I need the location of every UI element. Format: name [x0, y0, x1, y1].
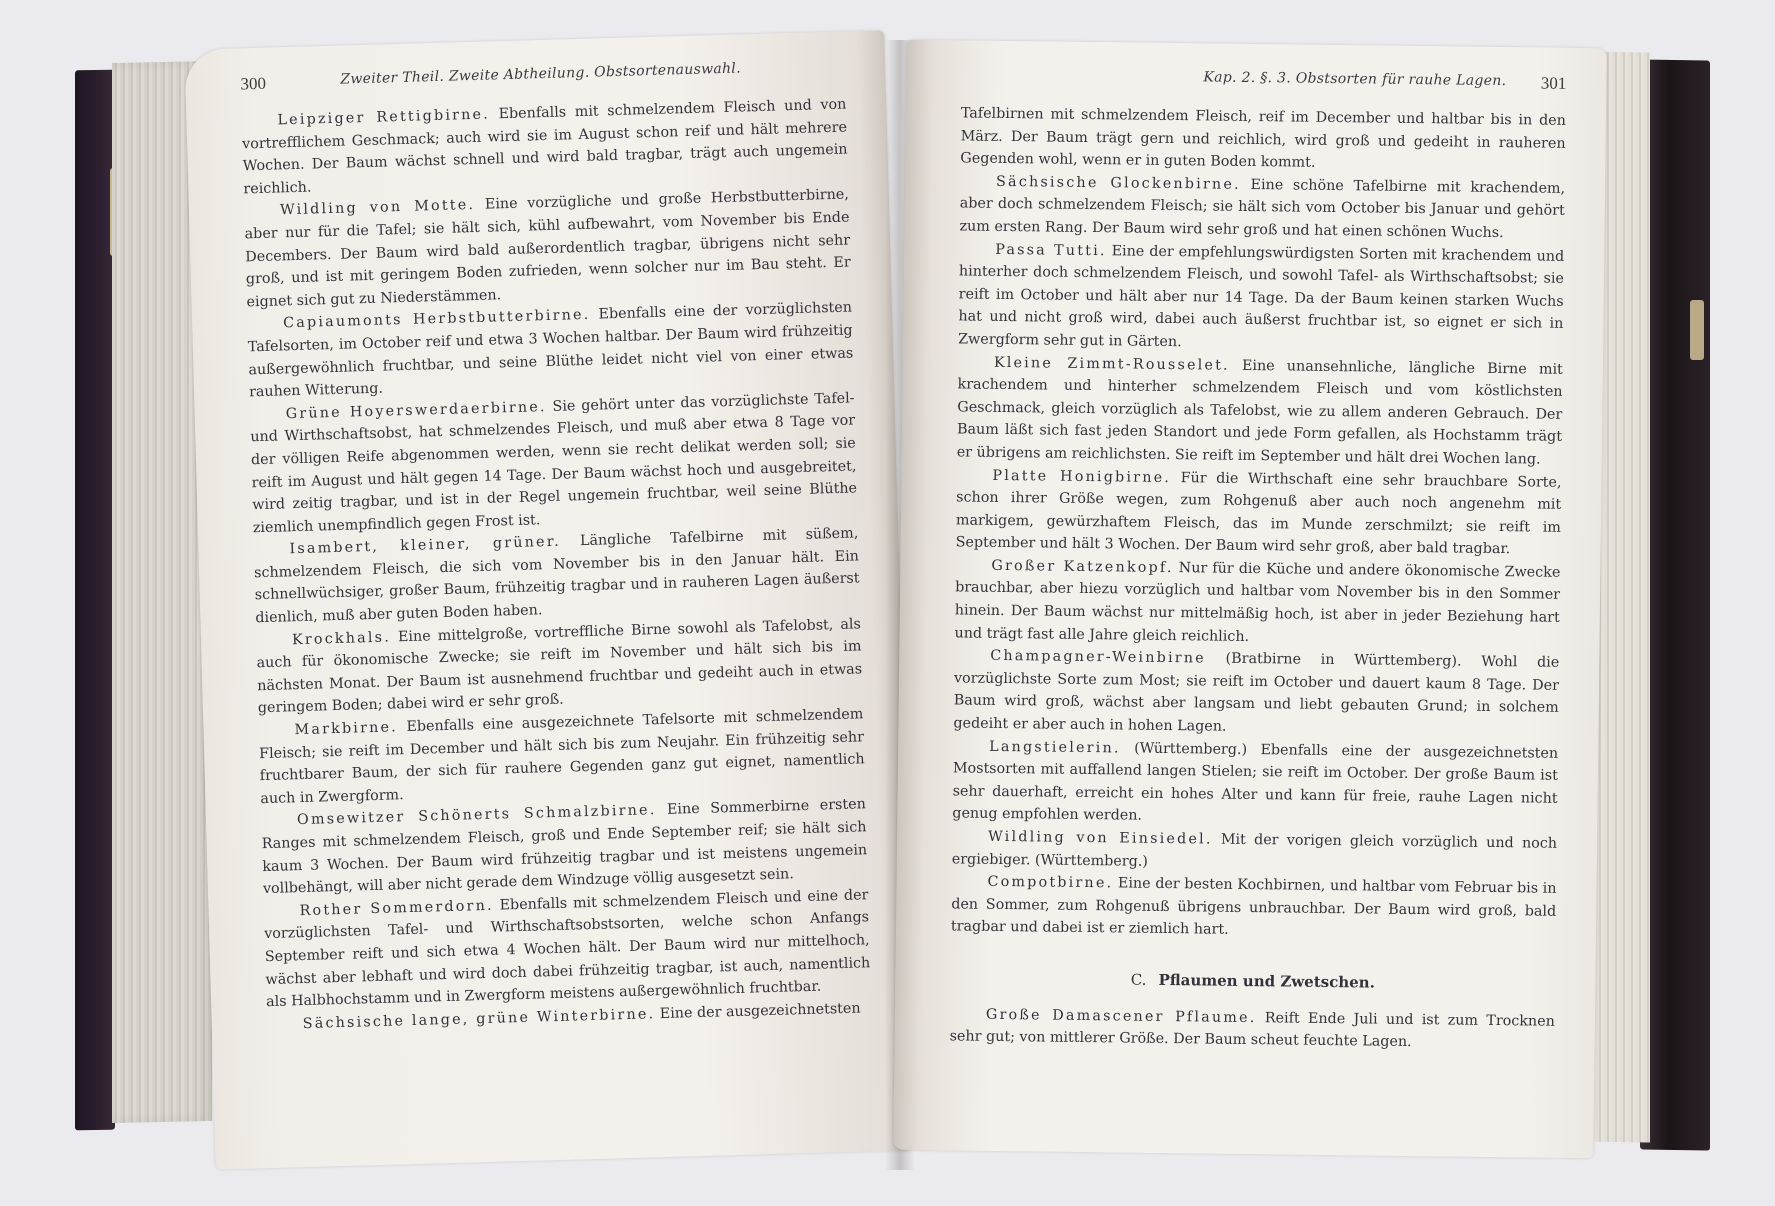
- entry: Platte Honigbirne. Für die Wirthschaft e…: [956, 464, 1562, 562]
- entry-name: Kleine Zimmt-Rousselet.: [994, 354, 1230, 373]
- entry-name: Krockhals.: [292, 629, 391, 648]
- entry: Sächsische Glockenbirne. Eine schöne Taf…: [959, 170, 1565, 245]
- page-header: Kap. 2. §. 3. Obstsorten für rauhe Lagen…: [961, 66, 1566, 103]
- entry-name: Markbirne.: [294, 719, 398, 738]
- entry: Passa Tutti. Eine der empfehlungswürdigs…: [958, 238, 1564, 358]
- spine-label-remnant-right: [1690, 300, 1704, 360]
- section-letter: C.: [1131, 971, 1147, 989]
- page-body: Leipziger Rettigbirne. Ebenfalls mit sch…: [241, 94, 872, 1037]
- entry: Große Damascener Pflaume. Reift Ende Jul…: [949, 1003, 1555, 1056]
- entry: Capiaumonts Herbstbutterbirne. Ebenfalls…: [247, 297, 854, 404]
- running-head: Kap. 2. §. 3. Obstsorten für rauhe Lagen…: [1203, 69, 1506, 89]
- entry-name: Compotbirne.: [987, 874, 1113, 892]
- book-cover-left: [75, 70, 115, 1131]
- entry-name: Sächsische Glockenbirne.: [996, 174, 1241, 193]
- entry-text: Eine der empfehlungswürdigsten Sorten mi…: [958, 243, 1564, 350]
- entry-name: Leipziger Rettigbirne.: [277, 106, 490, 128]
- entry: Großer Katzenkopf. Nur für die Küche und…: [954, 554, 1560, 652]
- right-page: Kap. 2. §. 3. Obstsorten für rauhe Lagen…: [893, 40, 1607, 1158]
- entry-name: Rother Sommerdorn.: [299, 897, 494, 918]
- entry-name: Platte Honigbirne.: [992, 467, 1171, 485]
- entry-name: Langstielerin.: [989, 738, 1121, 756]
- entry: Langstielerin. (Württemberg.) Ebenfalls …: [952, 735, 1558, 833]
- running-head: Zweiter Theil. Zweite Abtheilung. Obstso…: [340, 60, 741, 87]
- book-cover-right: [1640, 59, 1710, 1150]
- entry: Omsewitzer Schönerts Schmalzbirne. Eine …: [261, 794, 868, 901]
- entry-name: Capiaumonts Herbstbutterbirne.: [283, 307, 591, 332]
- page-number: 301: [1541, 74, 1567, 94]
- page-body: Tafelbirnen mit schmelzendem Fleisch, re…: [949, 102, 1566, 1055]
- entry: Markbirne. Ebenfalls eine ausgezeichnete…: [258, 703, 865, 810]
- entry-name: Champagner-Weinbirne: [990, 648, 1206, 667]
- entry: Compotbirne. Eine der besten Kochbirnen,…: [951, 871, 1557, 946]
- entry: Krockhals. Eine mittelgroße, vortrefflic…: [256, 613, 863, 720]
- entry: Rother Sommerdorn. Ebenfalls mit schmelz…: [263, 884, 871, 1014]
- entry-name: Passa Tutti.: [995, 241, 1107, 258]
- entry-name: Großer Katzenkopf.: [991, 558, 1173, 576]
- entry-name: Wildling von Einsiedel.: [988, 829, 1213, 848]
- entry: Grüne Hoyerswerdaerbirne. Sie gehört unt…: [249, 387, 858, 539]
- entry-text: Eine der ausgezeichnetsten: [660, 1000, 861, 1022]
- page-number: 300: [240, 74, 266, 95]
- entry: Isambert, kleiner, grüner. Längliche Taf…: [253, 523, 860, 630]
- entry-name: Isambert, kleiner, grüner.: [289, 534, 561, 558]
- entry: Leipziger Rettigbirne. Ebenfalls mit sch…: [241, 94, 848, 201]
- left-page: 300 Zweiter Theil. Zweite Abtheilung. Ob…: [185, 30, 916, 1169]
- entry: Champagner-Weinbirne (Bratbirne in Württ…: [953, 645, 1559, 743]
- entry-name: Wildling von Motte.: [280, 197, 476, 218]
- entry-text: Eine unansehnliche, längliche Birne mit …: [957, 357, 1563, 467]
- entry: Wildling von Motte. Eine vorzügliche und…: [244, 184, 852, 314]
- entry: Wildling von Einsiedel. Mit der vorigen …: [952, 825, 1558, 878]
- entry-name: Grüne Hoyerswerdaerbirne.: [285, 399, 546, 422]
- section-heading: C.Pflaumen und Zwetschen.: [950, 966, 1555, 996]
- continued-text: Tafelbirnen mit schmelzendem Fleisch, re…: [960, 102, 1566, 177]
- entry: Kleine Zimmt-Rousselet. Eine unansehnlic…: [957, 351, 1563, 471]
- section-title: Pflaumen und Zwetschen.: [1158, 971, 1375, 992]
- entry-name: Große Damascener Pflaume.: [986, 1006, 1257, 1025]
